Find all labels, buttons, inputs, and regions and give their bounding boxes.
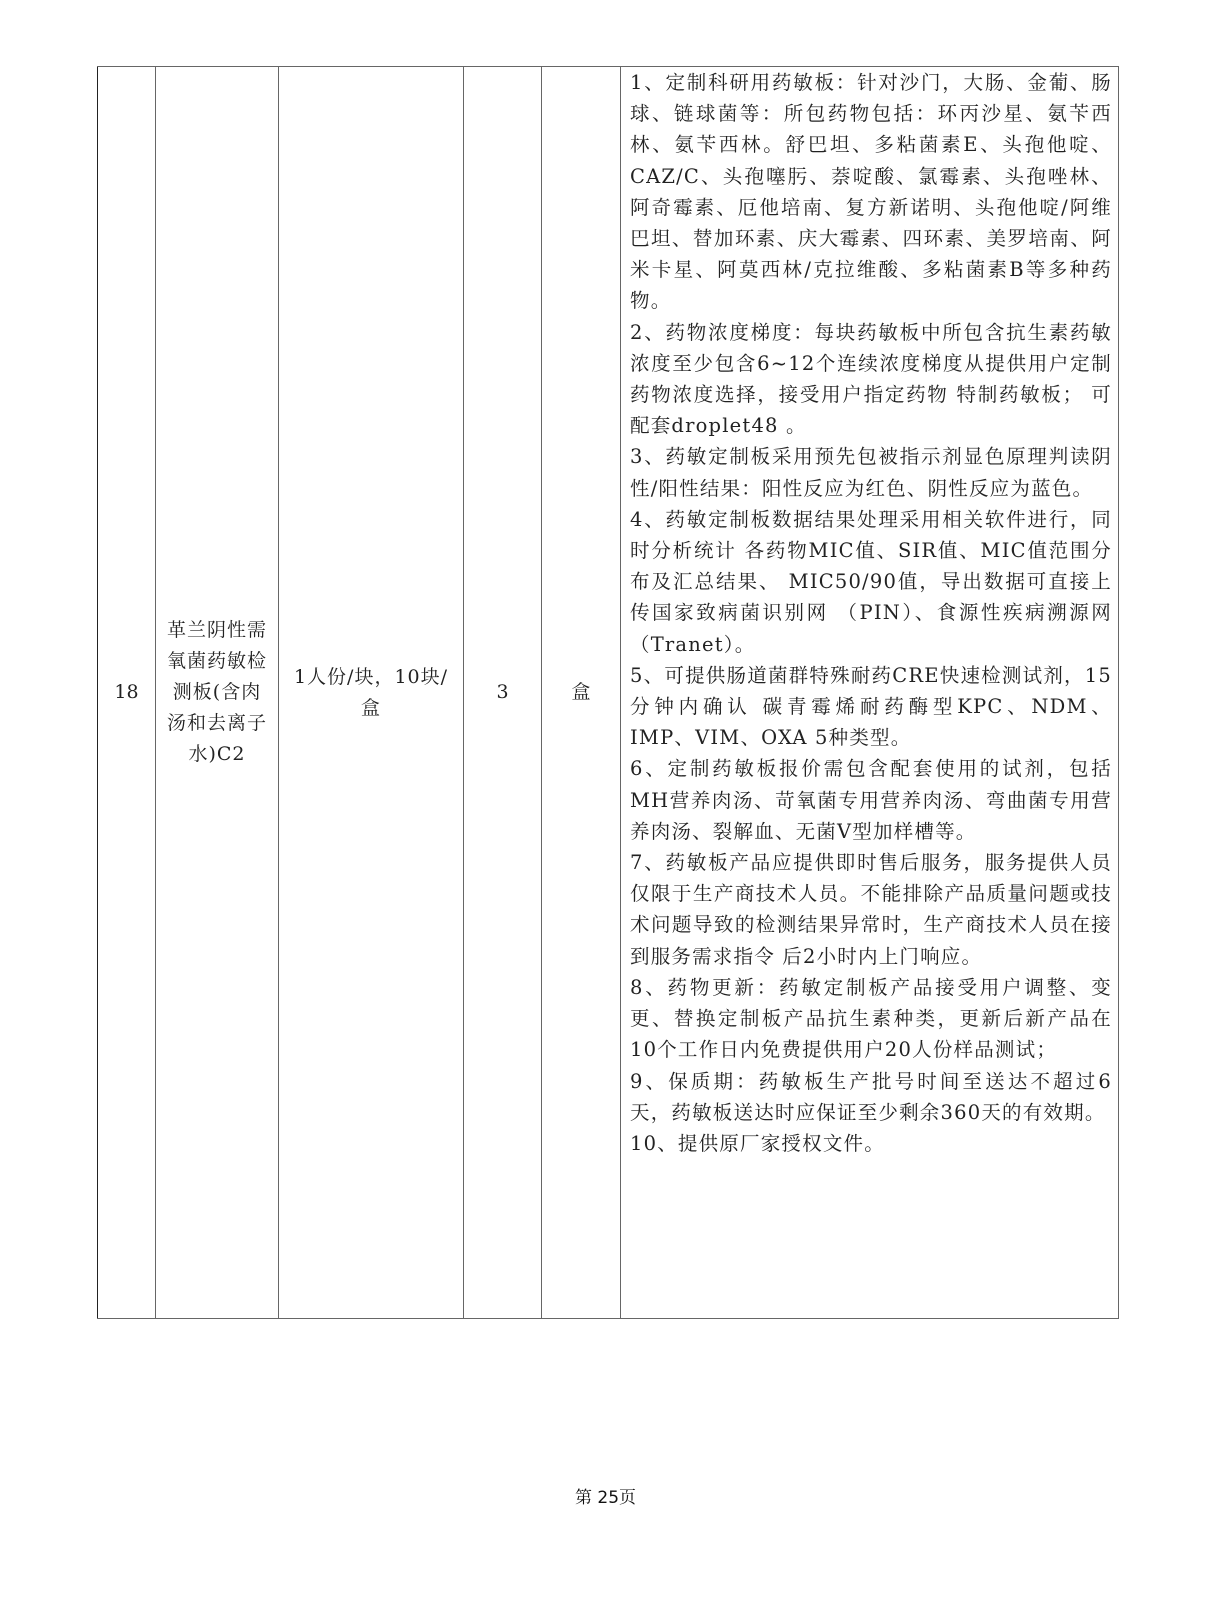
requirement-item: 6、定制药敏板报价需包含配套使用的试剂，包括MH营养肉汤、苛氧菌专用营养肉汤、弯…	[630, 753, 1112, 847]
product-name: 革兰阴性需氧菌药敏检测板(含肉汤和去离子水)C2	[156, 67, 279, 1319]
requirement-item: 9、保质期：药敏板生产批号时间至送达不超过6天，药敏板送达时应保证至少剩余360…	[630, 1066, 1112, 1128]
page-number: 第 25页	[0, 1483, 1211, 1508]
requirement-item: 7、药敏板产品应提供即时售后服务，服务提供人员仅限于生产商技术人员。不能排除产品…	[630, 847, 1112, 972]
row-index: 18	[98, 67, 156, 1319]
specification-table: 18 革兰阴性需氧菌药敏检测板(含肉汤和去离子水)C2 1人份/块，10块/盒 …	[97, 66, 1119, 1319]
product-specification: 1人份/块，10块/盒	[279, 67, 464, 1319]
technical-requirements: 1、定制科研用药敏板：针对沙门，大肠、金葡、肠球、链球菌等：所包药物包括：环丙沙…	[621, 67, 1119, 1319]
requirement-item: 10、提供原厂家授权文件。	[630, 1128, 1112, 1159]
requirement-item: 8、药物更新：药敏定制板产品接受用户调整、变更、替换定制板产品抗生素种类，更新后…	[630, 972, 1112, 1066]
product-quantity: 3	[464, 67, 542, 1319]
requirement-item: 5、可提供肠道菌群特殊耐药CRE快速检测试剂，15分钟内确认 碳青霉烯耐药酶型K…	[630, 660, 1112, 754]
table-row: 18 革兰阴性需氧菌药敏检测板(含肉汤和去离子水)C2 1人份/块，10块/盒 …	[98, 67, 1119, 1319]
product-unit: 盒	[542, 67, 621, 1319]
requirement-item: 3、药敏定制板采用预先包被指示剂显色原理判读阴性/阳性结果：阳性反应为红色、阴性…	[630, 441, 1112, 503]
requirement-item: 1、定制科研用药敏板：针对沙门，大肠、金葡、肠球、链球菌等：所包药物包括：环丙沙…	[630, 67, 1112, 317]
requirement-item: 4、药敏定制板数据结果处理采用相关软件进行，同时分析统计 各药物MIC值、SIR…	[630, 504, 1112, 660]
requirement-item: 2、药物浓度梯度：每块药敏板中所包含抗生素药敏浓度至少包含6~12个连续浓度梯度…	[630, 317, 1112, 442]
